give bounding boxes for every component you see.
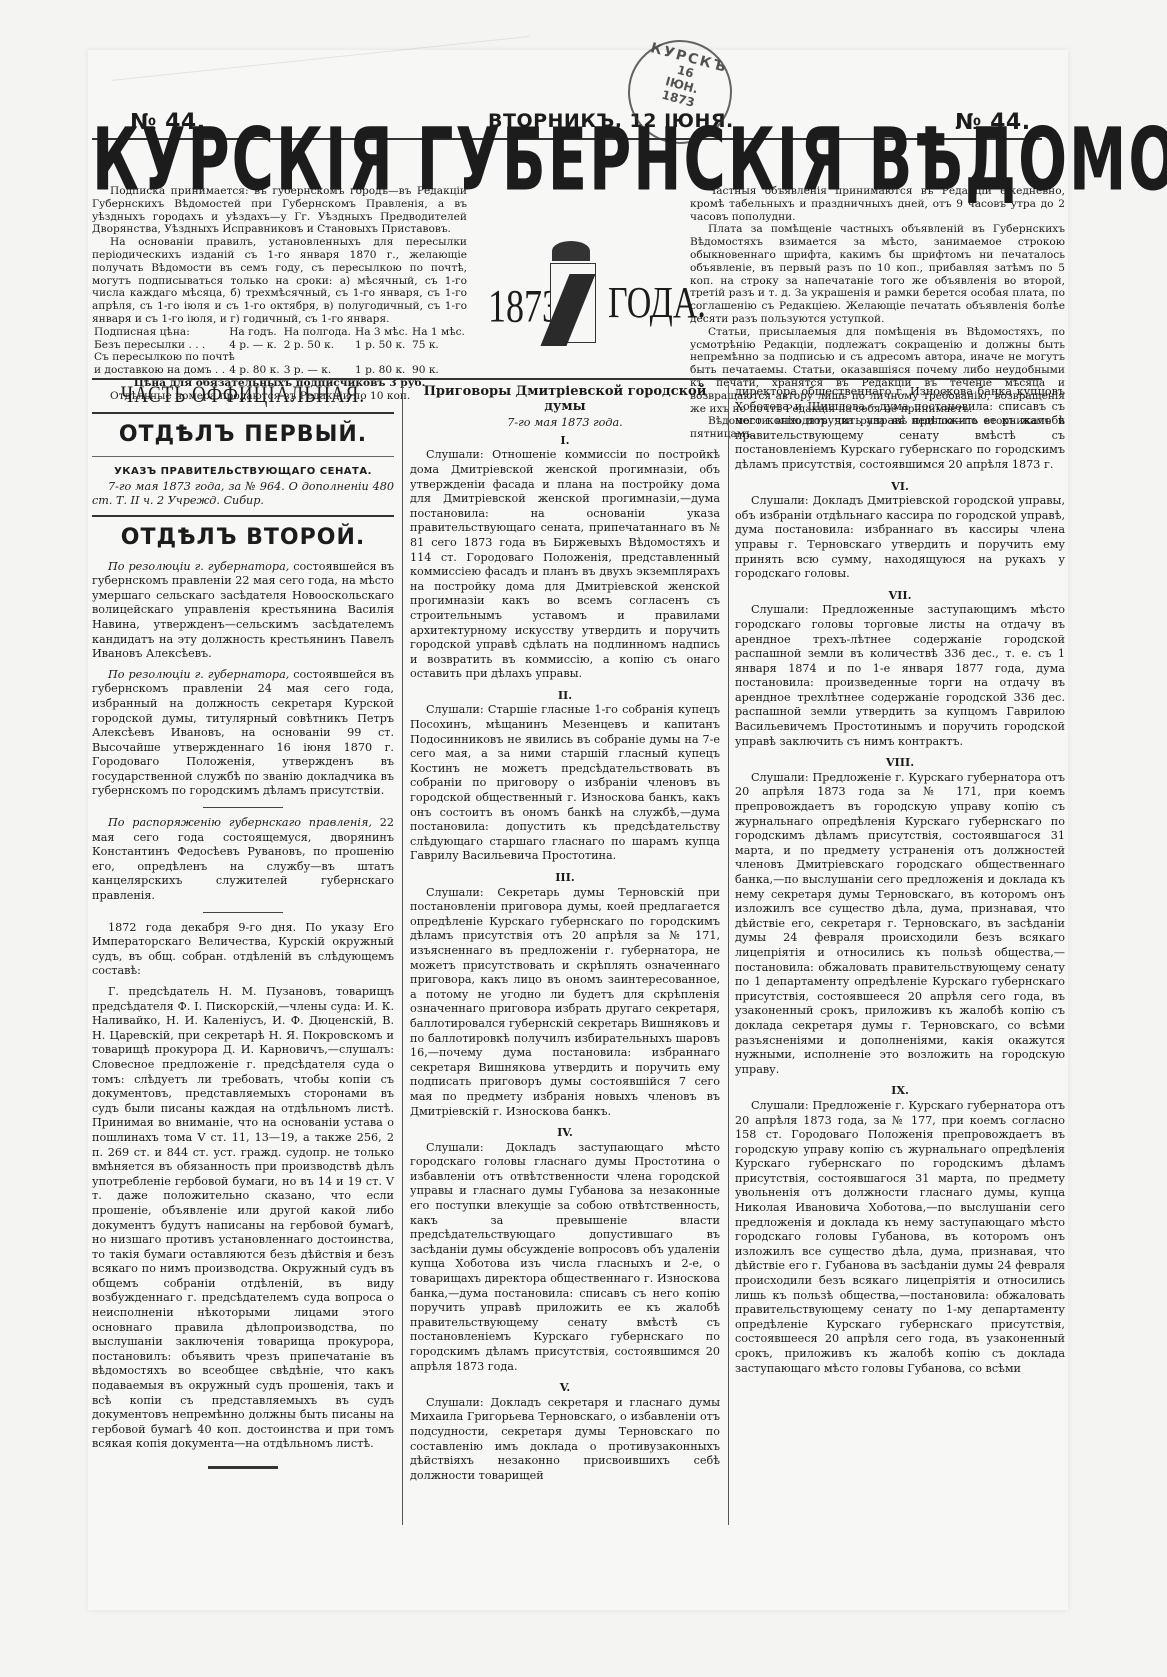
price-row: Съ пересылкою по почтѣ: [92, 351, 467, 364]
section-number: VII.: [735, 588, 1065, 603]
verdict-para: Слушали: Докладъ Дмитріевской городской …: [735, 494, 1065, 582]
price-table: Подписная цѣна: На годъ. На полгода. На …: [92, 326, 467, 377]
court-para: Г. предсѣдатель Н. М. Пузановъ, товарищъ…: [92, 985, 394, 1452]
column-divider: [728, 385, 729, 1525]
price-value: 90 к.: [410, 364, 467, 377]
section-rule: [92, 378, 1042, 380]
resolution-lead: По распоряженію губернскаго правленія,: [108, 816, 372, 829]
divider: [92, 412, 394, 414]
price-row-label: Съ пересылкою по почтѣ: [92, 351, 467, 364]
resolution-para: По резолюціи г. губернатора, состоявшейс…: [92, 668, 394, 799]
subscription-para: Подписка принимается: въ губернскомъ гор…: [92, 185, 467, 236]
resolution-lead: По резолюціи г. губернатора,: [108, 560, 289, 573]
price-value: 4 р. — к.: [227, 339, 282, 352]
divider: [92, 515, 394, 517]
department-heading: ОТДѢЛЪ ВТОРОЙ.: [92, 531, 394, 546]
price-header: На годъ.: [227, 326, 282, 339]
divider: [208, 1466, 278, 1469]
section-number: III.: [410, 870, 720, 885]
court-para: 1872 года декабря 9-го дня. По указу Его…: [92, 921, 394, 979]
price-header-row: Подписная цѣна: На годъ. На полгода. На …: [92, 326, 467, 339]
coat-of-arms-icon: [550, 263, 596, 343]
section-number: IV.: [410, 1125, 720, 1140]
price-header: На полгода.: [282, 326, 353, 339]
verdict-para: Слушали: Секретарь думы Терновскій при п…: [410, 886, 720, 1120]
price-value: 1 р. 50 к.: [353, 339, 410, 352]
price-row: Безъ пересылки . . . 4 р. — к. 2 р. 50 к…: [92, 339, 467, 352]
year-emblem: 1873 ГОДА.: [488, 255, 668, 355]
section-number: II.: [410, 688, 720, 703]
section-number: I.: [410, 433, 720, 448]
divider: [203, 807, 283, 808]
verdict-para: Слушали: Предложеніе г. Курскаго губерна…: [735, 771, 1065, 1077]
verdict-para: Слушали: Предложенные заступающимъ мѣсто…: [735, 603, 1065, 749]
verdict-para: Слушали: Отношеніе коммиссіи по постройк…: [410, 448, 720, 682]
price-label: Подписная цѣна:: [92, 326, 227, 339]
verdict-para: Слушали: Докладъ заступающаго мѣсто горо…: [410, 1141, 720, 1375]
section-number: VI.: [735, 479, 1065, 494]
divider: [92, 456, 394, 457]
subscription-info: Подписка принимается: въ губернскомъ гор…: [92, 185, 467, 403]
decree-text: 7-го мая 1873 года, за № 964. О дополнен…: [92, 480, 394, 509]
advertising-para: Плата за помѣщеніе частныхъ объявленій в…: [690, 223, 1065, 325]
resolution-para: По распоряженію губернскаго правленія, 2…: [92, 816, 394, 904]
column-official: ЧАСТЬ ОФФИЦІАЛЬНАЯ. ОТДѢЛЪ ПЕРВЫЙ. УКАЗЪ…: [92, 385, 394, 1477]
article-title: Приговоры Дмитріевской городской думы: [410, 385, 720, 414]
price-header: На 3 мѣс.: [353, 326, 410, 339]
article-date: 7-го мая 1873 года.: [410, 416, 720, 431]
verdict-para: Слушали: Докладъ секретаря и гласнаго ду…: [410, 1396, 720, 1484]
verdict-para: директора общественнаго г. Износкова бан…: [735, 385, 1065, 473]
section-number: VIII.: [735, 755, 1065, 770]
decree-title: УКАЗЪ ПРАВИТЕЛЬСТВУЮЩАГО СЕНАТА.: [92, 465, 394, 480]
advertising-para: Частныя объявленія принимаются въ Редакц…: [690, 185, 1065, 223]
price-value: 2 р. 50 к.: [282, 339, 353, 352]
price-row-label: Безъ пересылки . . .: [92, 339, 227, 352]
price-value: 4 р. 80 к.: [227, 364, 282, 377]
resolution-lead: По резолюціи г. губернатора,: [108, 668, 289, 681]
divider: [203, 912, 283, 913]
price-row-label: и доставкою на домъ . .: [92, 364, 227, 377]
resolution-body: состоявшейся въ губернскомъ правленіи 22…: [92, 560, 394, 661]
price-value: 1 р. 80 к.: [353, 364, 410, 377]
price-row: и доставкою на домъ . . 4 р. 80 к. 3 р. …: [92, 364, 467, 377]
section-title: ЧАСТЬ ОФФИЦІАЛЬНАЯ.: [92, 388, 394, 406]
resolution-para: По резолюціи г. губернатора, состоявшейс…: [92, 560, 394, 662]
verdict-para: Слушали: Старшіе гласные 1-го собранія к…: [410, 703, 720, 864]
section-number: V.: [410, 1380, 720, 1395]
section-number: IX.: [735, 1083, 1065, 1098]
department-heading: ОТДѢЛЪ ПЕРВЫЙ.: [92, 428, 394, 443]
resolution-body: состоявшейся въ губернскомъ правленіи 24…: [92, 668, 394, 798]
crown-icon: [552, 241, 590, 261]
column-duma-verdicts-cont: директора общественнаго г. Износкова бан…: [735, 385, 1065, 1382]
price-value: 75 к.: [410, 339, 467, 352]
column-divider: [402, 385, 403, 1525]
price-header: На 1 мѣс.: [410, 326, 467, 339]
verdict-para: Слушали: Предложеніе г. Курскаго губерна…: [735, 1099, 1065, 1376]
price-value: 3 р. — к.: [282, 364, 353, 377]
subscription-para: На основаніи правилъ, установленныхъ для…: [92, 236, 467, 326]
column-duma-verdicts: Приговоры Дмитріевской городской думы 7-…: [410, 385, 720, 1489]
